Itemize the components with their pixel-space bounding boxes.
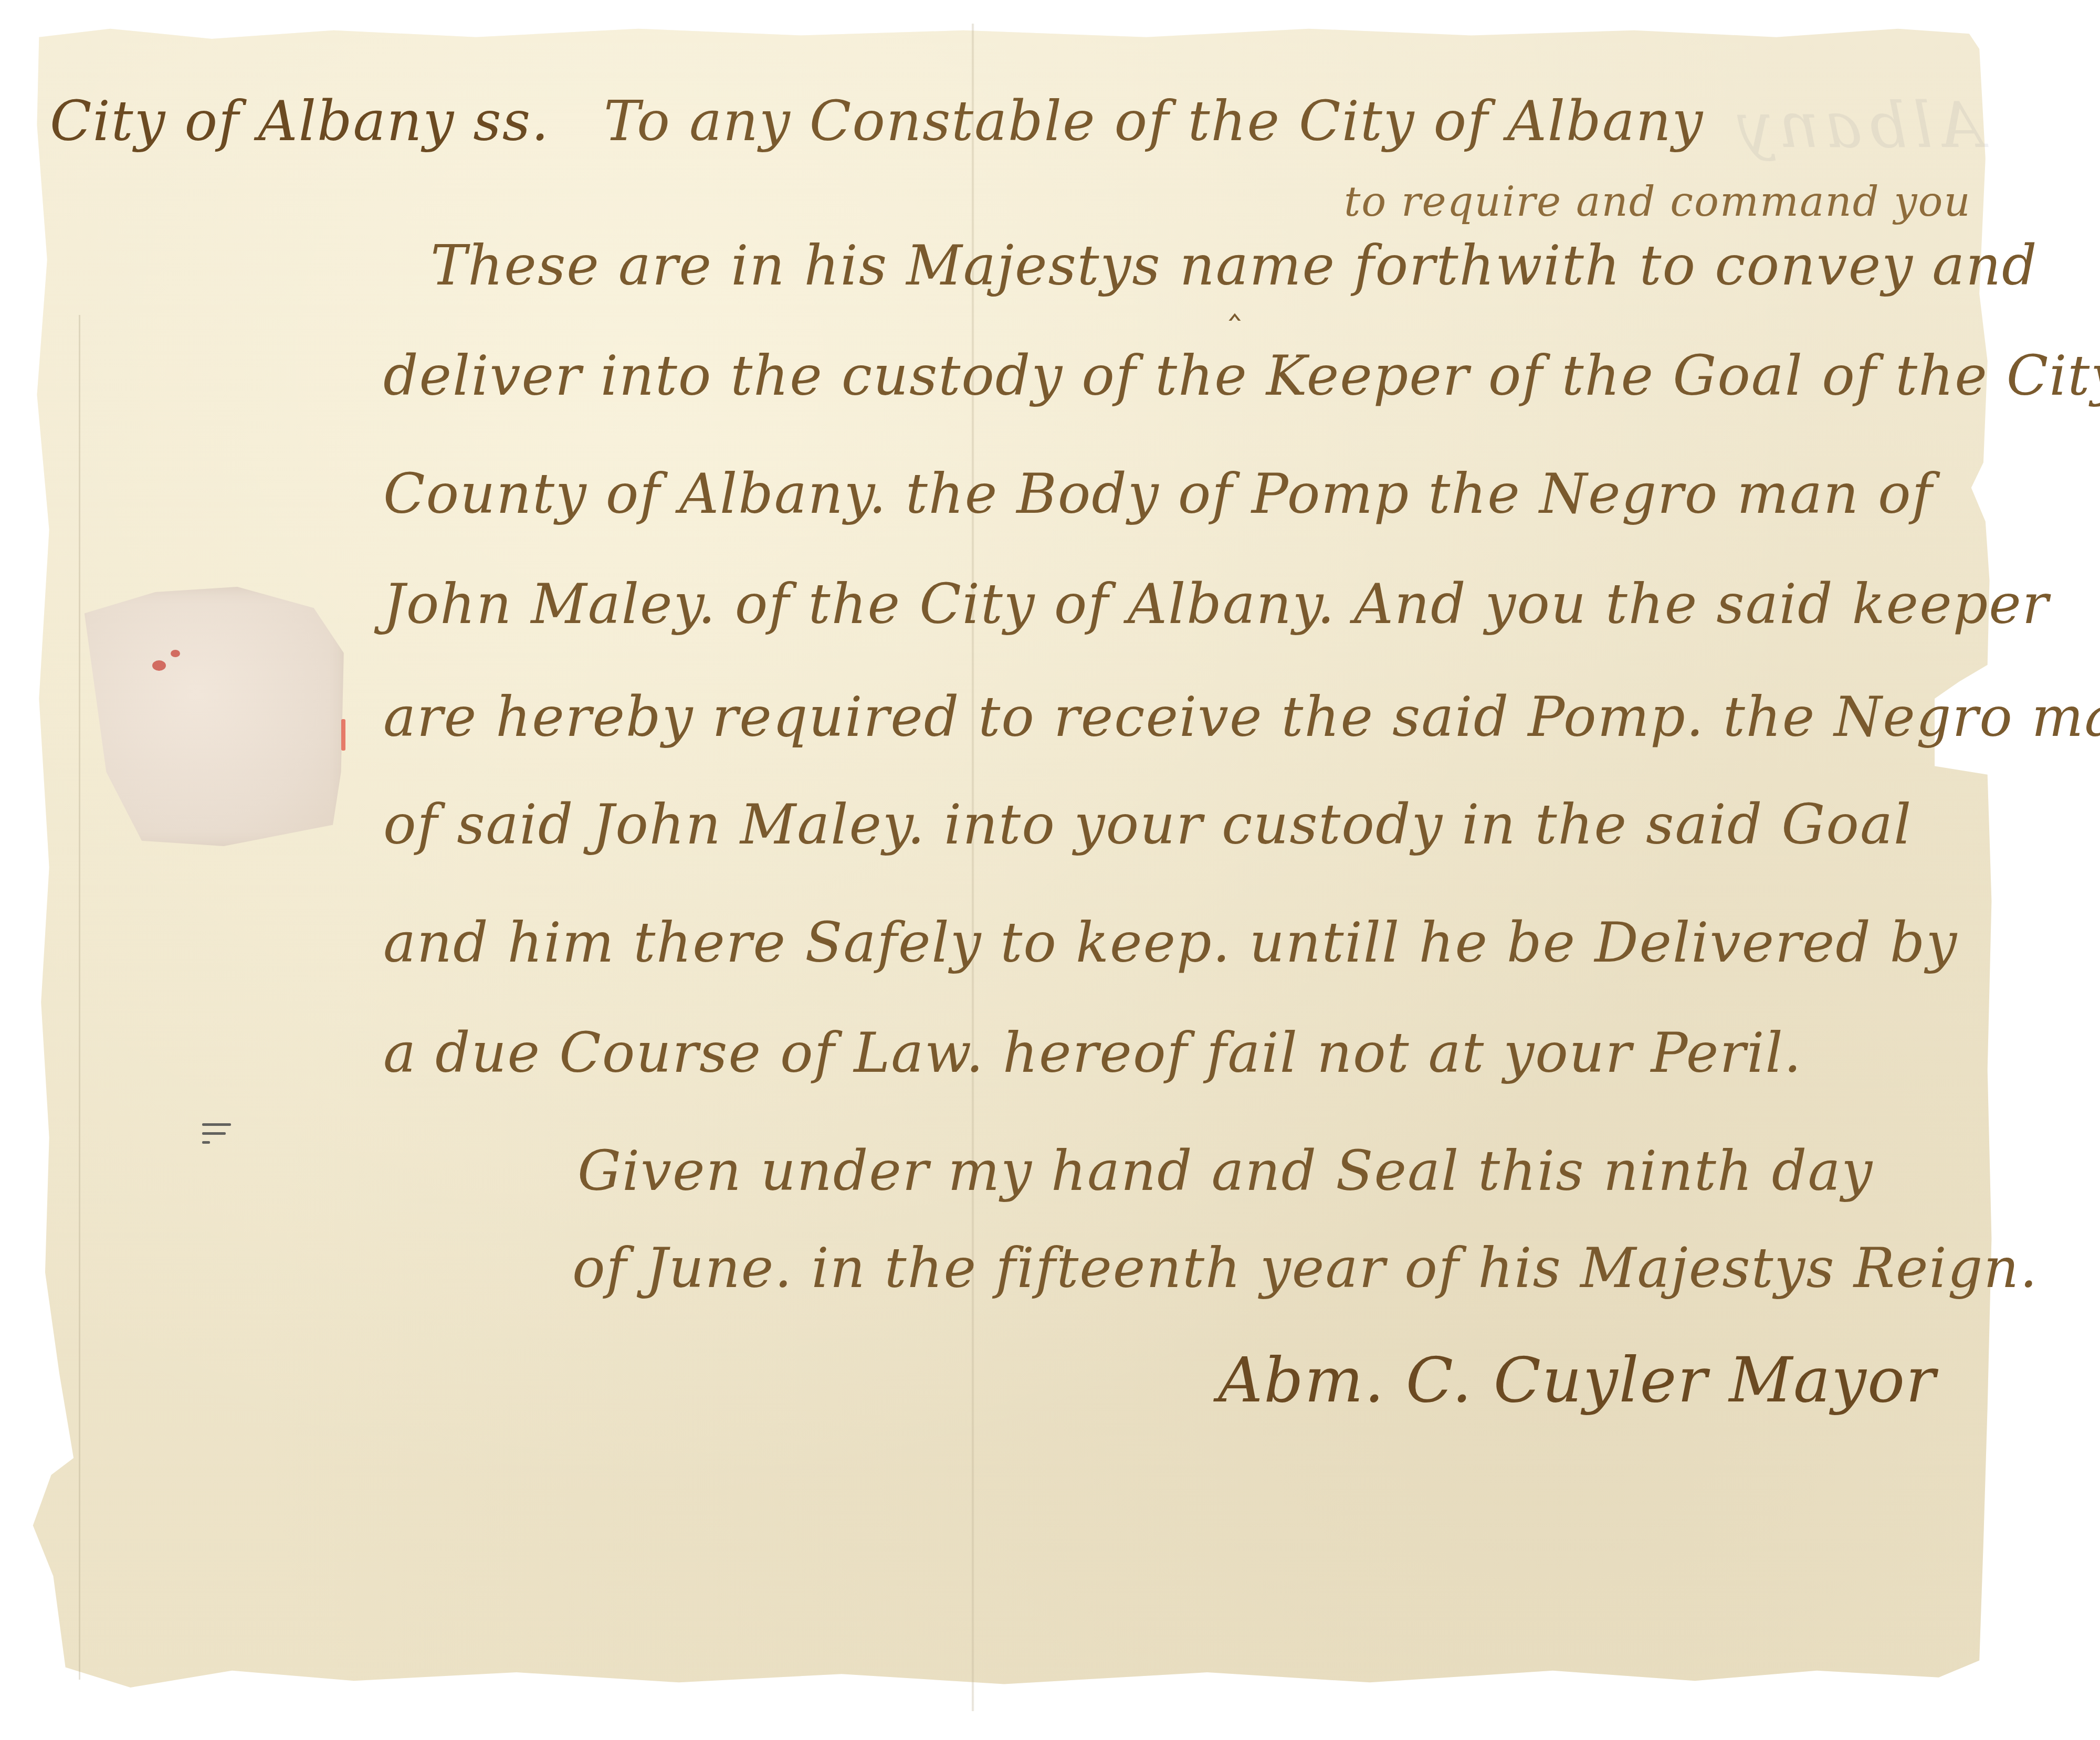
body-line-2: deliver into the custody of the Keeper o… xyxy=(383,344,2100,408)
body-line-3: County of Albany. the Body of Pomp the N… xyxy=(383,462,1933,526)
body-line-1: These are in his Majestys name forthwith… xyxy=(430,234,2038,298)
closing-line-1: Given under my hand and Seal this ninth … xyxy=(577,1139,1873,1203)
closing-line-2: of June. in the fifteenth year of his Ma… xyxy=(572,1236,2038,1300)
pencil-tally-marks xyxy=(202,1123,234,1150)
bleed-through-text: Albany xyxy=(1732,89,1983,162)
body-line-7: and him there Safely to keep. untill he … xyxy=(383,911,1958,975)
mayor-signature: Abm. C. Cuyler Mayor xyxy=(1218,1344,1936,1416)
left-fold-crease xyxy=(79,315,80,1680)
heading-venue: City of Albany ss. xyxy=(50,89,550,153)
red-wax-speck xyxy=(171,650,180,657)
red-wax-trace xyxy=(341,719,345,751)
body-line-8: a due Course of Law. hereof fail not at … xyxy=(383,1021,1802,1085)
heading-address: To any Constable of the City of Albany xyxy=(604,89,1704,153)
interlineation: to require and command you xyxy=(1344,178,1971,226)
body-line-6: of said John Maley. into your custody in… xyxy=(383,793,1912,857)
body-line-4: John Maley. of the City of Albany. And y… xyxy=(383,572,2050,636)
body-line-5: are hereby required to receive the said … xyxy=(383,685,2100,749)
red-wax-speck xyxy=(152,660,166,671)
